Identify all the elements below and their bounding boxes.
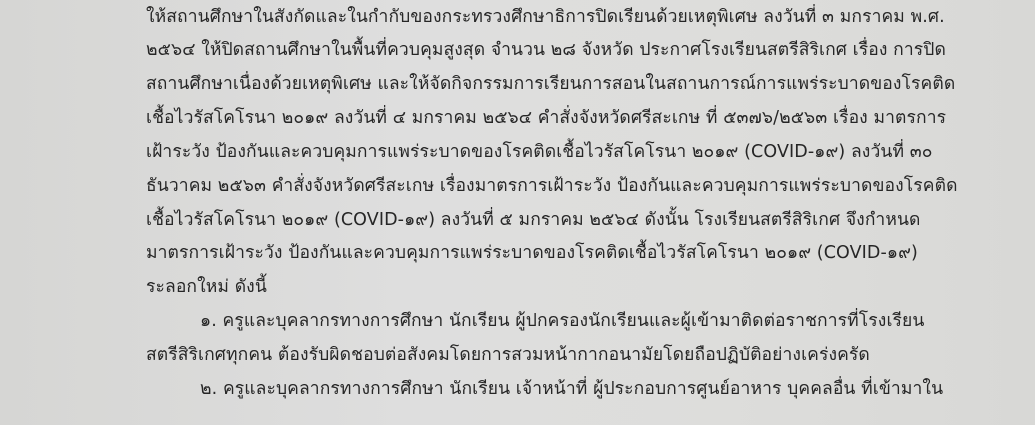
- text-line-4: เชื้อไวรัสโคโรนา ๒๐๑๙ ลงวันที่ ๔ มกราคม …: [146, 106, 946, 130]
- list-item-1-line-1: ๑. ครูและบุคลากรทางการศึกษา นักเรียน ผู้…: [200, 309, 924, 333]
- text-line-5: เฝ้าระวัง ป้องกันและควบคุมการแพร่ระบาดขอ…: [146, 140, 933, 164]
- text-line-7: เชื้อไวรัสโคโรนา ๒๐๑๙ (COVID-๑๙) ลงวันที…: [146, 208, 921, 232]
- text-line-3: สถานศึกษาเนื่องด้วยเหตุพิเศษ และให้จัดกิ…: [146, 72, 955, 96]
- text-line-2: ๒๕๖๔ ให้ปิดสถานศึกษาในพื้นที่ควบคุมสูงสุ…: [146, 38, 946, 62]
- document-page: ให้สถานศึกษาในสังกัดและในกำกับของกระทรวง…: [0, 0, 1035, 425]
- text-line-1: ให้สถานศึกษาในสังกัดและในกำกับของกระทรวง…: [146, 5, 930, 29]
- text-line-6: ธันวาคม ๒๕๖๓ คำสั่งจังหวัดศรีสะเกษ เรื่อ…: [146, 174, 958, 198]
- text-line-9: ระลอกใหม่ ดังนี้: [146, 275, 267, 299]
- list-item-1-line-2: สตรีสิริเกศทุกคน ต้องรับผิดชอบต่อสังคมโด…: [146, 343, 870, 367]
- list-item-2-line-1: ๒. ครูและบุคลากรทางการศึกษา นักเรียน เจ้…: [200, 377, 943, 401]
- text-line-8: มาตรการเฝ้าระวัง ป้องกันและควบคุมการแพร่…: [146, 241, 918, 265]
